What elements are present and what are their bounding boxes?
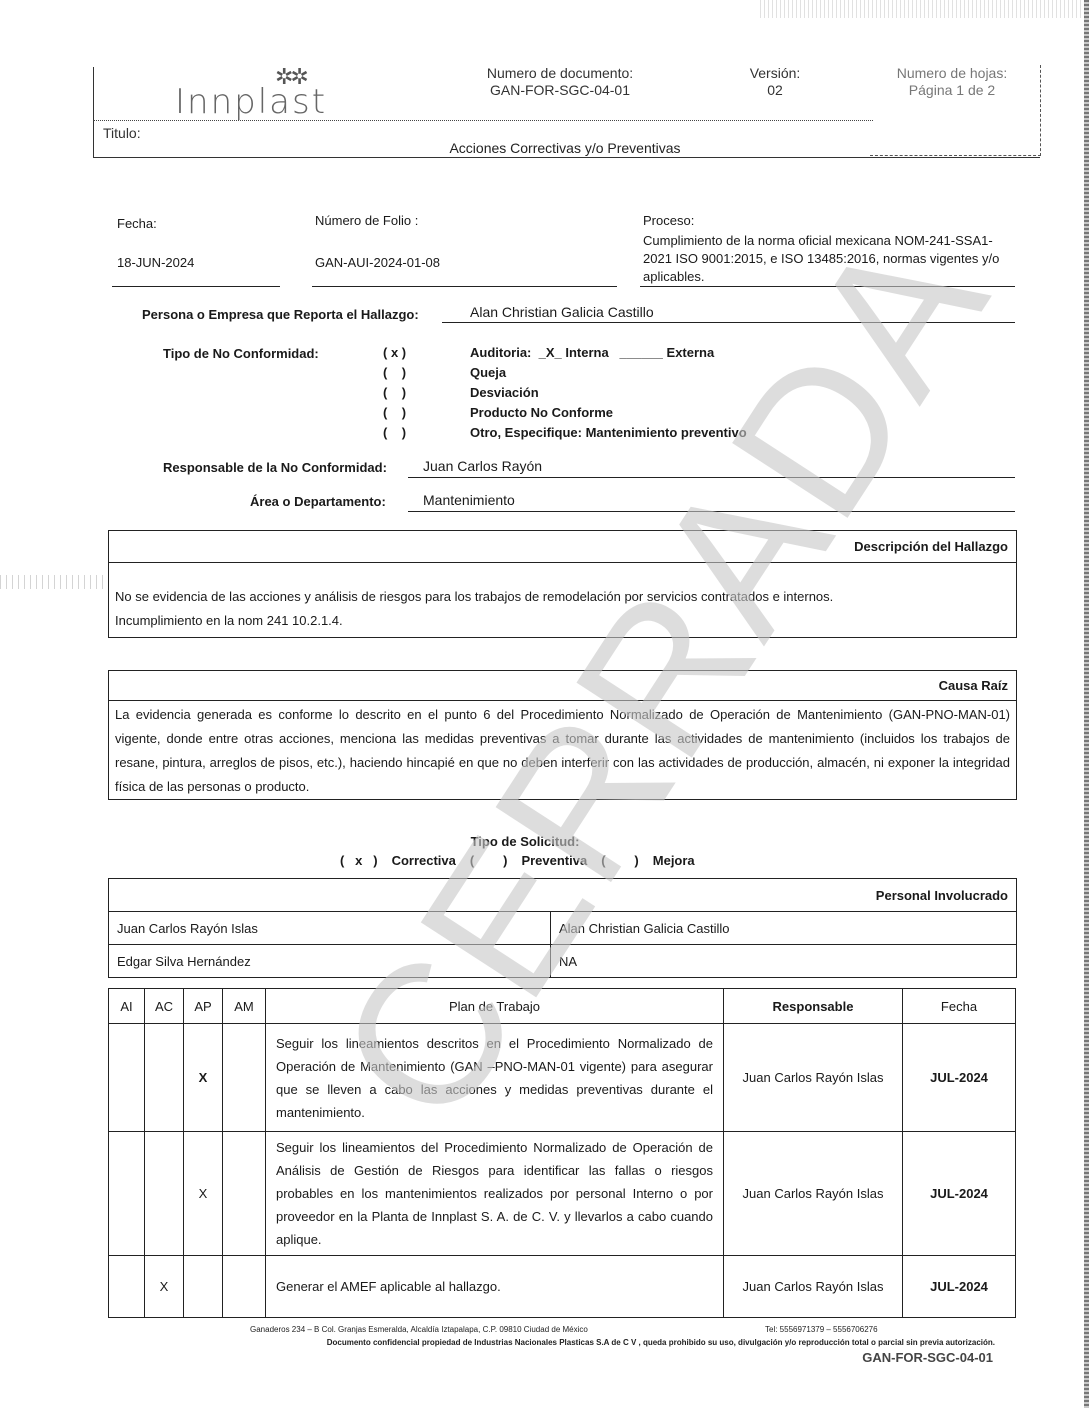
table-row: X Seguir los lineamientos del Procedimie… bbox=[109, 1132, 1016, 1256]
correctiva-label: Correctiva bbox=[392, 853, 456, 868]
root-cause-box: Causa Raíz La evidencia generada es conf… bbox=[108, 670, 1017, 800]
plan-responsible: Juan Carlos Rayón Islas bbox=[724, 1024, 903, 1132]
table-row: Edgar Silva Hernández NA bbox=[109, 945, 1017, 978]
plan-date: JUL-2024 bbox=[903, 1132, 1016, 1256]
doc-number-label: Numero de documento: bbox=[460, 65, 660, 81]
col-ap: AP bbox=[184, 989, 223, 1024]
folio-line bbox=[312, 286, 617, 287]
preventiva-label: Preventiva bbox=[521, 853, 587, 868]
folio-value: GAN-AUI-2024-01-08 bbox=[315, 255, 440, 270]
nonconformity-label: Tipo de No Conformidad: bbox=[163, 346, 319, 361]
root-cause-text: La evidencia generada es conforme lo des… bbox=[109, 701, 1016, 805]
plan-text: Generar el AMEF aplicable al hallazgo. bbox=[266, 1256, 724, 1318]
logo-text: Innplast bbox=[175, 82, 327, 122]
preventiva-checkbox[interactable]: ( ) bbox=[470, 853, 508, 868]
footer-confidential: Documento confidencial propiedad de Indu… bbox=[100, 1338, 995, 1347]
checkbox-mark[interactable]: ( ) bbox=[383, 385, 470, 405]
finding-reference: Incumplimiento en la nom 241 10.2.1.4. bbox=[115, 609, 1010, 633]
nonconformity-option[interactable]: ( ) Queja bbox=[383, 365, 747, 385]
scan-noise-left bbox=[0, 575, 110, 589]
plan-text: Seguir los lineamientos del Procedimient… bbox=[266, 1132, 724, 1256]
footer-code: GAN-FOR-SGC-04-01 bbox=[800, 1350, 993, 1365]
scan-edge-right bbox=[1084, 0, 1089, 1408]
personnel-cell: Edgar Silva Hernández bbox=[109, 945, 551, 978]
plan-responsible: Juan Carlos Rayón Islas bbox=[724, 1132, 903, 1256]
date-label: Fecha: bbox=[117, 216, 157, 231]
nonconformity-option[interactable]: ( x ) Auditoria: _X_ Interna ______ Exte… bbox=[383, 345, 747, 365]
table-header-row: AI AC AP AM Plan de Trabajo Responsable … bbox=[109, 989, 1016, 1024]
plan-responsible: Juan Carlos Rayón Islas bbox=[724, 1256, 903, 1318]
process-line bbox=[640, 286, 1015, 287]
nonconformity-option[interactable]: ( ) Desviación bbox=[383, 385, 747, 405]
responsible-label: Responsable de la No Conformidad: bbox=[163, 460, 387, 475]
title-label: Titulo: bbox=[103, 125, 141, 141]
date-value: 18-JUN-2024 bbox=[117, 255, 194, 270]
nonconformity-options: ( x ) Auditoria: _X_ Interna ______ Exte… bbox=[383, 345, 747, 445]
col-am: AM bbox=[223, 989, 266, 1024]
page-count: Página 1 de 2 bbox=[872, 82, 1032, 98]
personnel-title: Personal Involucrado bbox=[109, 879, 1017, 912]
reporter-label: Persona o Empresa que Reporta el Hallazg… bbox=[142, 307, 419, 322]
request-type-options: ( x ) Correctiva ( ) Preventiva ( ) Mejo… bbox=[340, 853, 695, 868]
pages-label: Numero de hojas: bbox=[872, 65, 1032, 81]
nonconformity-option[interactable]: ( ) Otro, Especifique: Mantenimiento pre… bbox=[383, 425, 747, 445]
doc-number: GAN-FOR-SGC-04-01 bbox=[460, 82, 660, 98]
col-ai: AI bbox=[109, 989, 145, 1024]
area-label: Área o Departamento: bbox=[250, 494, 386, 509]
date-line bbox=[112, 286, 280, 287]
personnel-cell: Juan Carlos Rayón Islas bbox=[109, 912, 551, 945]
area-value: Mantenimiento bbox=[423, 492, 515, 508]
nonconformity-option[interactable]: ( ) Producto No Conforme bbox=[383, 405, 747, 425]
personnel-table: Personal Involucrado Juan Carlos Rayón I… bbox=[108, 878, 1017, 978]
table-row: Juan Carlos Rayón Islas Alan Christian G… bbox=[109, 912, 1017, 945]
company-logo: ✲✲ Innplast bbox=[175, 64, 355, 124]
checkbox-mark[interactable]: ( ) bbox=[383, 365, 470, 385]
scan-noise-top bbox=[760, 0, 1091, 18]
process-value: Cumplimiento de la norma oficial mexican… bbox=[643, 232, 1003, 286]
process-label: Proceso: bbox=[643, 213, 694, 228]
reporter-line bbox=[442, 322, 1015, 323]
footer-address: Ganaderos 234 – B Col. Granjas Esmeralda… bbox=[250, 1325, 588, 1334]
finding-title: Descripción del Hallazgo bbox=[109, 531, 1016, 563]
mejora-checkbox[interactable]: ( ) bbox=[601, 853, 639, 868]
version-label: Versión: bbox=[720, 65, 830, 81]
root-cause-title: Causa Raíz bbox=[109, 671, 1016, 701]
personnel-cell: Alan Christian Galicia Castillo bbox=[551, 912, 1017, 945]
plan-date: JUL-2024 bbox=[903, 1256, 1016, 1318]
checkbox-mark[interactable]: ( x ) bbox=[383, 345, 470, 365]
version: 02 bbox=[720, 82, 830, 98]
col-responsible: Responsable bbox=[724, 989, 903, 1024]
folio-label: Número de Folio : bbox=[315, 213, 418, 228]
footer-phone: Tel: 5556971379 – 5556706276 bbox=[765, 1325, 878, 1334]
plan-text: Seguir los lineamientos descritos en el … bbox=[266, 1024, 724, 1132]
responsible-line bbox=[408, 477, 1015, 478]
reporter-value: Alan Christian Galicia Castillo bbox=[470, 304, 654, 320]
table-row: X Generar el AMEF aplicable al hallazgo.… bbox=[109, 1256, 1016, 1318]
finding-text: No se evidencia de las acciones y anális… bbox=[115, 585, 1010, 609]
responsible-value: Juan Carlos Rayón bbox=[423, 458, 542, 474]
col-ac: AC bbox=[145, 989, 184, 1024]
work-plan-table: AI AC AP AM Plan de Trabajo Responsable … bbox=[108, 988, 1016, 1318]
col-plan: Plan de Trabajo bbox=[266, 989, 724, 1024]
finding-box: Descripción del Hallazgo No se evidencia… bbox=[108, 530, 1017, 638]
checkbox-mark[interactable]: ( ) bbox=[383, 405, 470, 425]
plan-date: JUL-2024 bbox=[903, 1024, 1016, 1132]
document-title: Acciones Correctivas y/o Preventivas bbox=[330, 140, 800, 156]
area-line bbox=[408, 511, 1015, 512]
checkbox-mark[interactable]: ( ) bbox=[383, 425, 470, 445]
correctiva-checkbox[interactable]: ( x ) bbox=[340, 853, 378, 868]
request-type-label: Tipo de Solicitud: bbox=[400, 834, 650, 849]
col-date: Fecha bbox=[903, 989, 1016, 1024]
table-row: X Seguir los lineamientos descritos en e… bbox=[109, 1024, 1016, 1132]
mejora-label: Mejora bbox=[653, 853, 695, 868]
personnel-cell: NA bbox=[551, 945, 1017, 978]
